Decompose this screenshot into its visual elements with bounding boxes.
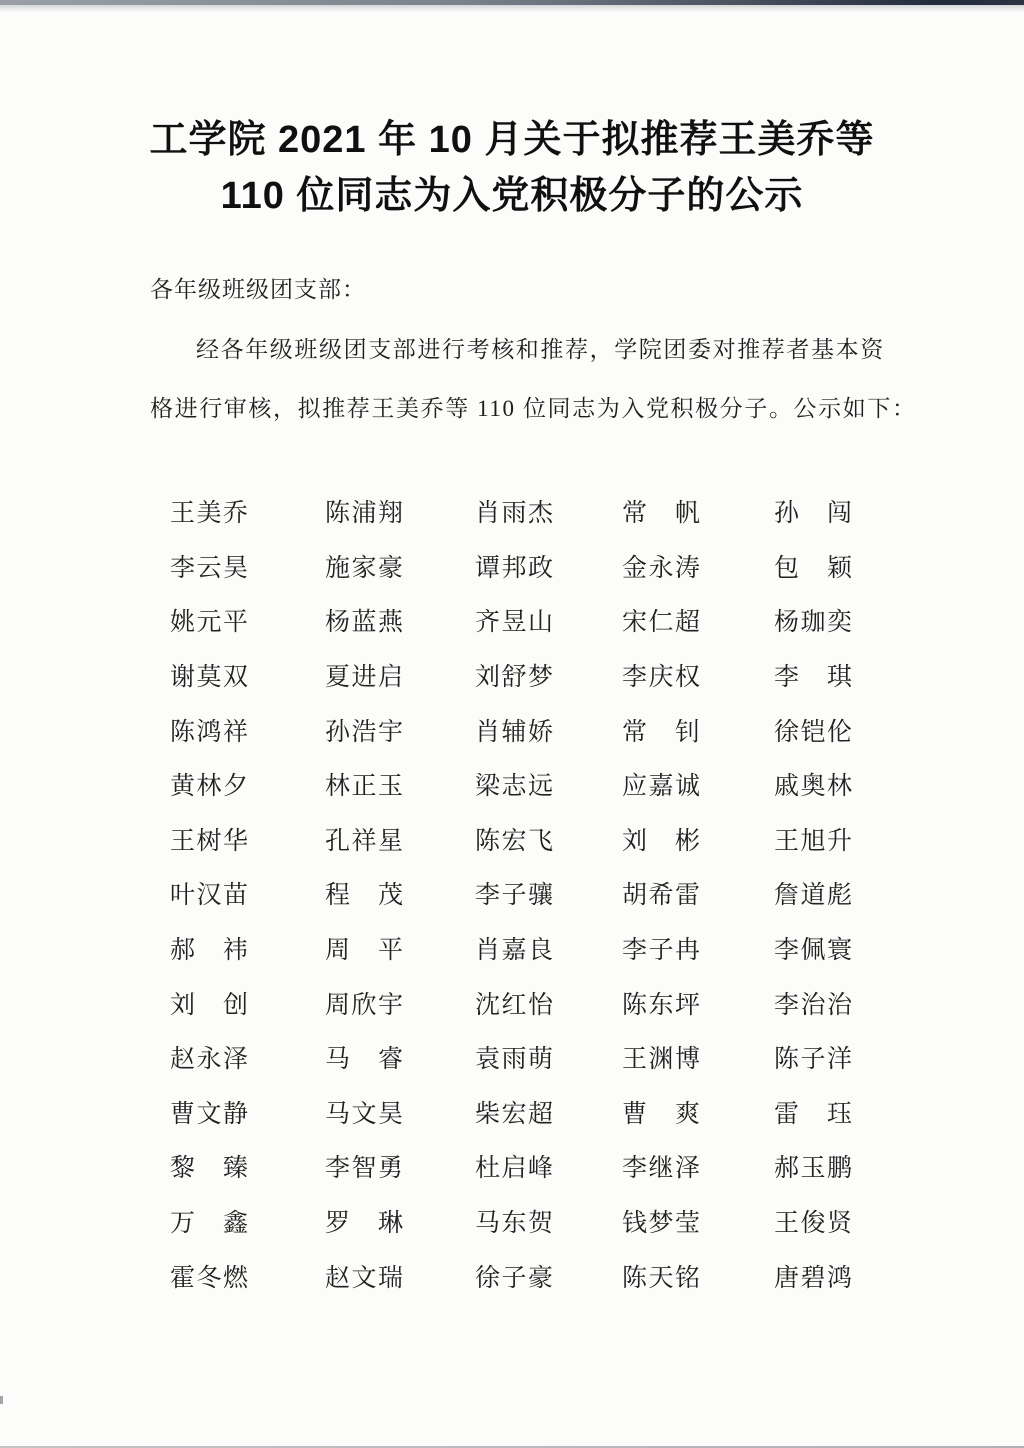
- person-name: 徐铠伦: [774, 712, 910, 748]
- person-name: 程 茂: [325, 875, 475, 911]
- person-name: 常 帆: [622, 493, 774, 529]
- person-name: 陈鸿祥: [170, 712, 325, 748]
- person-name: 马文昊: [325, 1094, 475, 1130]
- person-name: 李治治: [774, 985, 910, 1021]
- person-name: 杨蓝燕: [325, 602, 475, 638]
- person-name: 郝 祎: [170, 930, 325, 966]
- person-name: 姚元平: [170, 602, 325, 638]
- person-name: 肖辅娇: [475, 712, 622, 748]
- person-name: 曹文静: [170, 1094, 325, 1130]
- person-name: 刘舒梦: [475, 657, 622, 693]
- person-name: 詹道彪: [774, 875, 910, 911]
- person-name: 肖嘉良: [475, 930, 622, 966]
- person-name: 李子骧: [475, 875, 622, 911]
- person-name: 万 鑫: [170, 1203, 325, 1239]
- body-paragraph-line-1: 经各年级班级团支部进行考核和推荐，学院团委对推荐者基本资: [196, 331, 885, 364]
- person-name: 叶汉苗: [170, 875, 325, 911]
- page-title: 工学院 2021 年 10 月关于拟推荐王美乔等 110 位同志为入党积极分子的…: [0, 112, 1024, 224]
- person-name: 杜启峰: [475, 1148, 622, 1184]
- person-name: 陈浦翔: [325, 493, 475, 529]
- person-name: 曹 爽: [622, 1094, 774, 1130]
- person-name: 刘 创: [170, 985, 325, 1021]
- person-name: 包 颖: [774, 548, 910, 584]
- names-grid: 王美乔陈浦翔肖雨杰常 帆孙 闯李云昊施家豪谭邦政金永涛包 颖姚元平杨蓝燕齐昱山宋…: [170, 484, 910, 1303]
- person-name: 谭邦政: [475, 548, 622, 584]
- person-name: 施家豪: [325, 548, 475, 584]
- person-name: 孙浩宇: [325, 712, 475, 748]
- person-name: 柴宏超: [475, 1094, 622, 1130]
- salutation: 各年级班级团支部：: [150, 271, 366, 304]
- person-name: 陈子洋: [774, 1039, 910, 1075]
- person-name: 黎 臻: [170, 1148, 325, 1184]
- person-name: 谢莫双: [170, 657, 325, 693]
- person-name: 赵文瑞: [325, 1258, 475, 1294]
- person-name: 唐碧鸿: [774, 1258, 910, 1294]
- page-title-line-2: 110 位同志为入党积极分子的公示: [0, 168, 1024, 224]
- person-name: 沈红怡: [475, 985, 622, 1021]
- person-name: 李庆权: [622, 657, 774, 693]
- person-name: 袁雨萌: [475, 1039, 622, 1075]
- scan-top-shadow-artifact: [0, 5, 1024, 12]
- person-name: 李智勇: [325, 1148, 475, 1184]
- person-name: 黄林夕: [170, 766, 325, 802]
- person-name: 梁志远: [475, 766, 622, 802]
- person-name: 雷 珏: [774, 1094, 910, 1130]
- person-name: 王旭升: [774, 821, 910, 857]
- person-name: 王美乔: [170, 493, 325, 529]
- person-name: 孙 闯: [774, 493, 910, 529]
- person-name: 钱梦莹: [622, 1203, 774, 1239]
- person-name: 周欣宇: [325, 985, 475, 1021]
- person-name: 李佩寰: [774, 930, 910, 966]
- person-name: 郝玉鹏: [774, 1148, 910, 1184]
- person-name: 孔祥星: [325, 821, 475, 857]
- page-title-line-1: 工学院 2021 年 10 月关于拟推荐王美乔等: [0, 112, 1024, 168]
- person-name: 夏进启: [325, 657, 475, 693]
- person-name: 陈天铭: [622, 1258, 774, 1294]
- person-name: 王俊贤: [774, 1203, 910, 1239]
- person-name: 周 平: [325, 930, 475, 966]
- person-name: 常 钊: [622, 712, 774, 748]
- person-name: 齐昱山: [475, 602, 622, 638]
- person-name: 徐子豪: [475, 1258, 622, 1294]
- person-name: 王树华: [170, 821, 325, 857]
- scan-speck-artifact: [0, 1396, 3, 1404]
- person-name: 陈东坪: [622, 985, 774, 1021]
- person-name: 罗 琳: [325, 1203, 475, 1239]
- person-name: 马 睿: [325, 1039, 475, 1075]
- body-paragraph-line-2: 格进行审核，拟推荐王美乔等 110 位同志为入党积极分子。公示如下：: [150, 390, 917, 423]
- person-name: 金永涛: [622, 548, 774, 584]
- person-name: 林正玉: [325, 766, 475, 802]
- scanned-document-page: 工学院 2021 年 10 月关于拟推荐王美乔等 110 位同志为入党积极分子的…: [0, 0, 1024, 1448]
- person-name: 刘 彬: [622, 821, 774, 857]
- person-name: 陈宏飞: [475, 821, 622, 857]
- person-name: 李 琪: [774, 657, 910, 693]
- person-name: 王渊博: [622, 1039, 774, 1075]
- person-name: 宋仁超: [622, 602, 774, 638]
- person-name: 李子冉: [622, 930, 774, 966]
- person-name: 肖雨杰: [475, 493, 622, 529]
- person-name: 马东贺: [475, 1203, 622, 1239]
- person-name: 戚奥林: [774, 766, 910, 802]
- person-name: 应嘉诚: [622, 766, 774, 802]
- person-name: 胡希雷: [622, 875, 774, 911]
- person-name: 李继泽: [622, 1148, 774, 1184]
- person-name: 霍冬燃: [170, 1258, 325, 1294]
- person-name: 李云昊: [170, 548, 325, 584]
- person-name: 赵永泽: [170, 1039, 325, 1075]
- person-name: 杨珈奕: [774, 602, 910, 638]
